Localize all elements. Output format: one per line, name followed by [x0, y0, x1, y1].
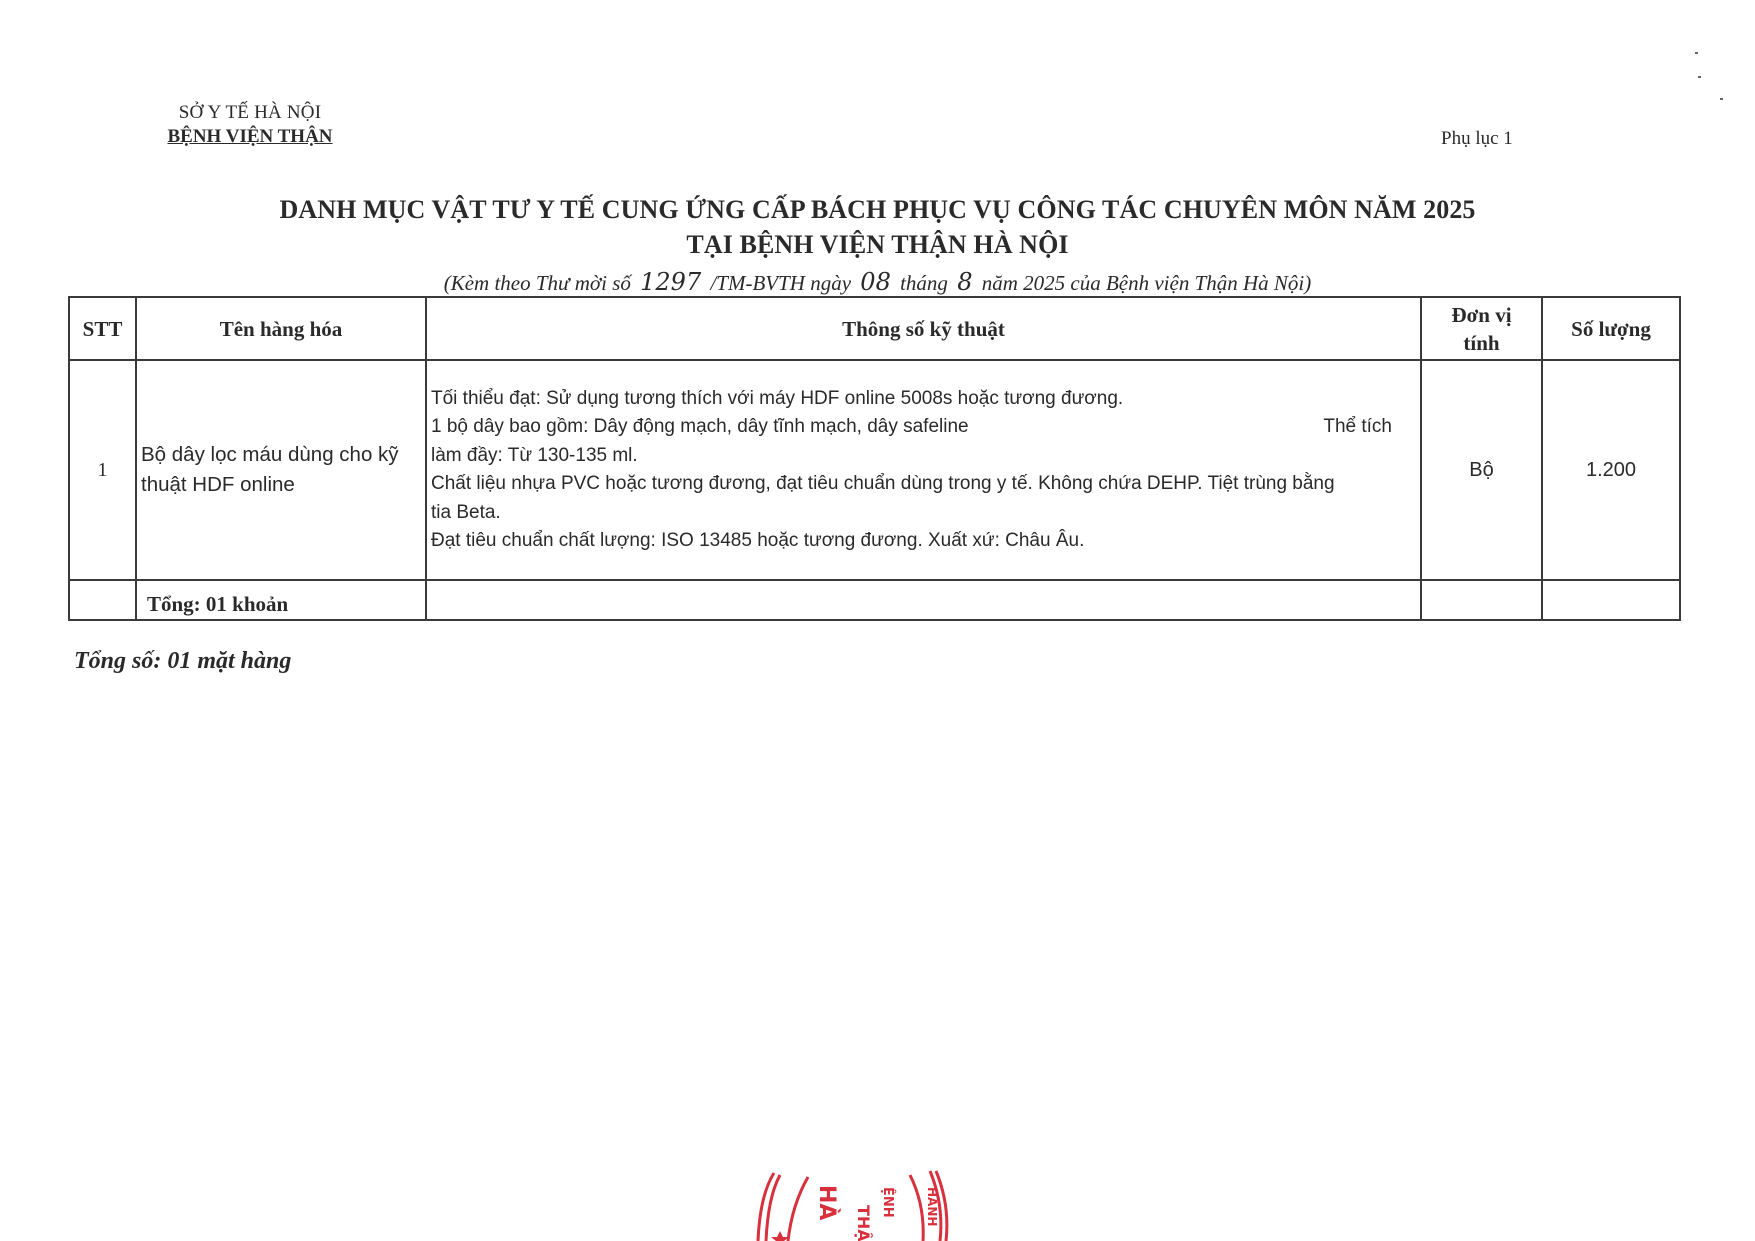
hospital-name: BỆNH VIỆN THẬN [150, 125, 350, 149]
spec-line: Đạt tiêu chuẩn chất lượng: ISO 13485 hoặ… [431, 527, 1416, 556]
spec-line: làm đầy: Từ 130-135 ml. [431, 442, 1416, 471]
cell-unit: Bộ [1421, 360, 1542, 580]
header-item-name: Tên hàng hóa [136, 297, 426, 360]
appendix-label: Phụ lục 1 [1441, 128, 1513, 150]
handwritten-invitation-number: 1297 [636, 268, 705, 296]
month-label: tháng [900, 271, 948, 295]
document-title: DANH MỤC VẬT TƯ Y TẾ CUNG ỨNG CẤP BÁCH P… [0, 195, 1755, 225]
header-specification: Thông số kỹ thuật [426, 297, 1421, 360]
svg-text:THẬ: THẬ [854, 1205, 874, 1241]
spec-floating-word: Thể tích [1323, 413, 1392, 442]
total-empty-qty [1542, 580, 1680, 620]
cell-stt: 1 [69, 360, 136, 580]
spec-line: 1 bộ dây bao gồm: Dây động mạch, dây tĩn… [431, 413, 1416, 442]
header-stt: STT [69, 297, 136, 360]
spec-line: tia Beta. [431, 499, 1416, 528]
spec-line: Tối thiểu đạt: Sử dụng tương thích với m… [431, 385, 1416, 414]
svg-text:HÀNH: HÀNH [925, 1187, 940, 1226]
cell-specification: Tối thiểu đạt: Sử dụng tương thích với m… [426, 360, 1421, 580]
header-quantity: Số lượng [1542, 297, 1680, 360]
total-empty-unit [1421, 580, 1542, 620]
table-header-row: STT Tên hàng hóa Thông số kỹ thuật Đơn v… [69, 297, 1680, 360]
document-title-line2: TẠI BỆNH VIỆN THẬN HÀ NỘI [0, 230, 1755, 260]
issuing-organization: SỞ Y TẾ HÀ NỘI BỆNH VIỆN THẬN [150, 101, 350, 149]
department-name: SỞ Y TẾ HÀ NỘI [150, 101, 350, 125]
total-empty-stt [69, 580, 136, 620]
reference-suffix: năm 2025 của Bệnh viện Thận Hà Nội) [982, 271, 1312, 295]
handwritten-month: 8 [953, 268, 976, 296]
reference-prefix: (Kèm theo Thư mời số [444, 271, 631, 295]
attachment-reference: (Kèm theo Thư mời số 1297 /TM-BVTH ngày … [0, 268, 1755, 296]
cell-quantity: 1.200 [1542, 360, 1680, 580]
svg-text:HÀ: HÀ [814, 1185, 840, 1220]
svg-text:ỆNH: ỆNH [880, 1187, 896, 1218]
cell-item-name: Bộ dây lọc máu dùng cho kỹ thuật HDF onl… [136, 360, 426, 580]
handwritten-day: 08 [856, 268, 895, 296]
header-unit: Đơn vị tính [1421, 297, 1542, 360]
table-row: 1 Bộ dây lọc máu dùng cho kỹ thuật HDF o… [69, 360, 1680, 580]
supplies-table: STT Tên hàng hóa Thông số kỹ thuật Đơn v… [68, 296, 1681, 621]
total-empty-spec [426, 580, 1421, 620]
reference-code: /TM-BVTH ngày [710, 271, 851, 295]
spec-line: Chất liệu nhựa PVC hoặc tương đương, đạt… [431, 470, 1416, 499]
total-label: Tổng: 01 khoản [136, 580, 426, 620]
grand-total: Tổng số: 01 mặt hàng [74, 648, 291, 675]
table-total-row: Tổng: 01 khoản [69, 580, 1680, 620]
official-seal-stamp: HÀ THẬ ỆNH HÀNH [740, 1165, 950, 1241]
